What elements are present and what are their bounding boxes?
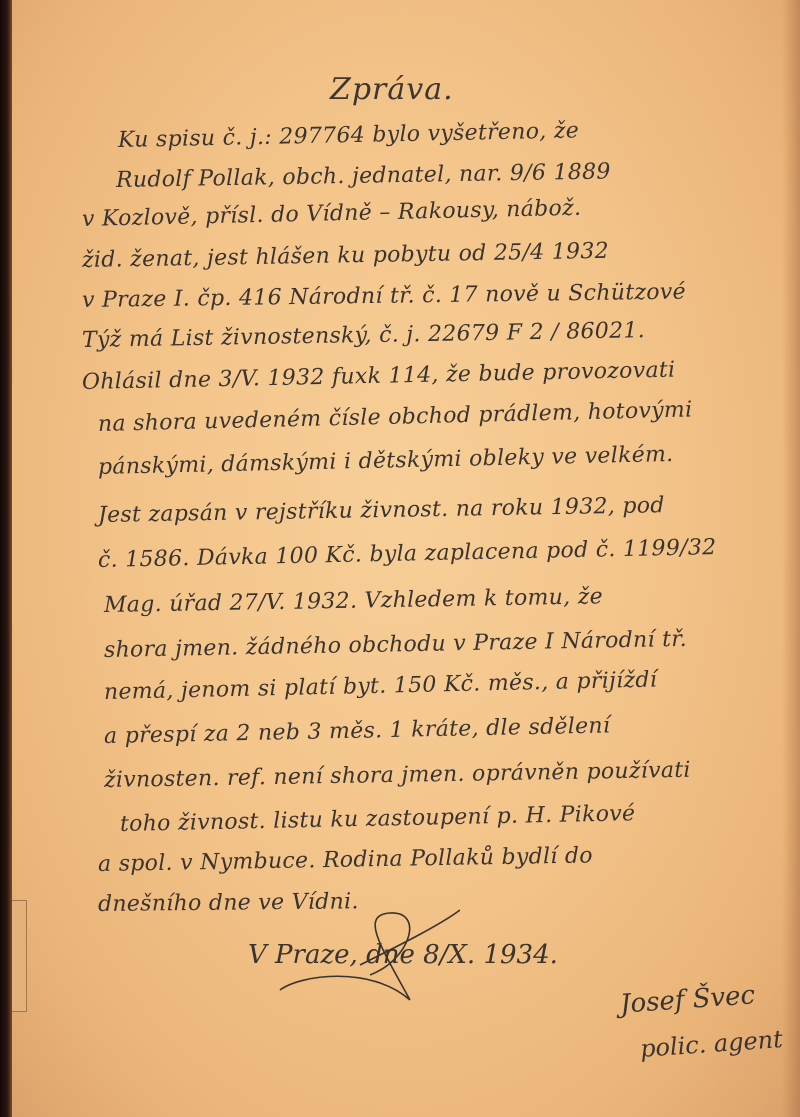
text-line: toho živnost. listu ku zastoupení p. H. … [120,801,636,837]
text-line: Ohlásil dne 3/V. 1932 fuxk 114, že bude … [82,358,676,395]
text-line: Jest zapsán v rejstříku živnost. na roku… [98,493,665,528]
document-title: Zpráva. [330,72,454,107]
text-line: žid. ženat, jest hlášen ku pobytu od 25/… [82,239,609,273]
text-line: shora jmen. žádného obchodu v Praze I Ná… [104,627,687,663]
text-line: a spol. v Nymbuce. Rodina Pollaků bydlí … [98,843,593,877]
signature-name: Josef Švec [619,980,756,1019]
text-line: a přespí za 2 neb 3 měs. 1 kráte, dle sd… [104,713,611,749]
signature-title: polic. agent [639,1025,783,1063]
text-line: Rudolf Pollak, obch. jednatel, nar. 9/6 … [116,159,611,193]
document-page: Zpráva. Ku spisu č. j.: 297764 bylo vyše… [0,0,800,1117]
text-line: na shora uvedeném čísle obchod prádlem, … [98,397,693,437]
text-line: nemá, jenom si platí byt. 150 Kč. měs., … [104,667,658,705]
date-place-line: V Praze, dne 8/X. 1934. [248,940,558,970]
text-line: v Praze I. čp. 416 Národní tř. č. 17 nov… [82,280,686,313]
text-line: živnosten. ref. není shora jmen. oprávně… [104,758,691,793]
paper-tab [12,900,27,1012]
text-line: Mag. úřad 27/V. 1932. Vzhledem k tomu, ž… [104,584,603,618]
binding-edge [0,0,12,1117]
text-line: v Kozlově, přísl. do Vídně – Rakousy, ná… [82,196,582,232]
text-line: pánskými, dámskými i dětskými obleky ve … [98,442,674,480]
text-line: č. 1586. Dávka 100 Kč. byla zaplacena po… [98,535,717,573]
text-line: Ku spisu č. j.: 297764 bylo vyšetřeno, ž… [118,118,580,153]
page-edge-shadow [782,0,800,1117]
text-line: Týž má List živnostenský, č. j. 22679 F … [82,318,645,353]
